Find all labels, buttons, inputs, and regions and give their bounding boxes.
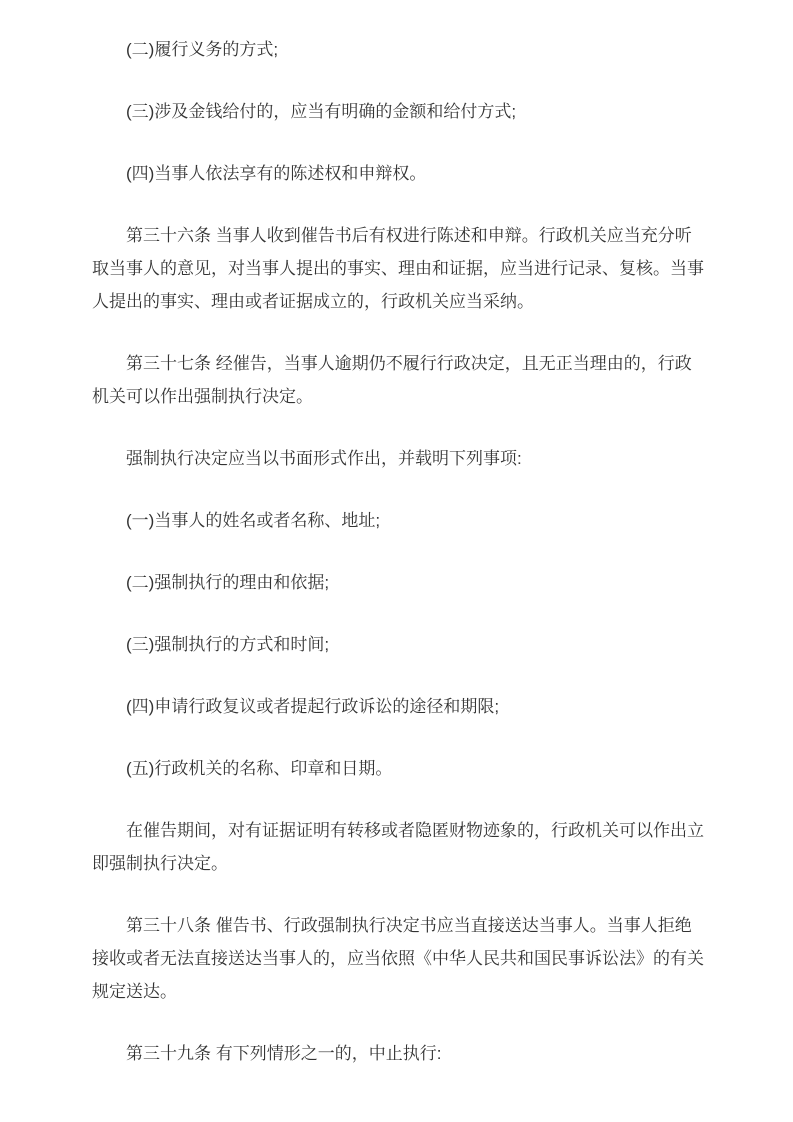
article-39-paragraph: 第三十九条 有下列情形之一的，中止执行: (92, 1037, 704, 1070)
article-37-closing-paragraph: 在催告期间，对有证据证明有转移或者隐匿财物迹象的，行政机关可以作出立即强制执行决… (92, 814, 704, 880)
article-36-paragraph: 第三十六条 当事人收到催告书后有权进行陈述和申辩。行政机关应当充分听取当事人的意… (92, 219, 704, 318)
document-body: (二)履行义务的方式; (三)涉及金钱给付的，应当有明确的金额和给付方式; (四… (92, 33, 704, 1070)
clause-item: (五)行政机关的名称、印章和日期。 (92, 752, 704, 785)
article-38-paragraph: 第三十八条 催告书、行政强制执行决定书应当直接送达当事人。当事人拒绝接收或者无法… (92, 909, 704, 1008)
document-page: (二)履行义务的方式; (三)涉及金钱给付的，应当有明确的金额和给付方式; (四… (0, 0, 793, 1122)
clause-item: (四)申请行政复议或者提起行政诉讼的途径和期限; (92, 690, 704, 723)
article-37-intro-paragraph: 强制执行决定应当以书面形式作出，并载明下列事项: (92, 442, 704, 475)
article-37-paragraph: 第三十七条 经催告，当事人逾期仍不履行行政决定，且无正当理由的，行政机关可以作出… (92, 347, 704, 413)
clause-item: (二)强制执行的理由和依据; (92, 566, 704, 599)
clause-item: (一)当事人的姓名或者名称、地址; (92, 504, 704, 537)
clause-item: (二)履行义务的方式; (92, 33, 704, 66)
clause-item: (三)强制执行的方式和时间; (92, 628, 704, 661)
clause-item: (四)当事人依法享有的陈述权和申辩权。 (92, 157, 704, 190)
clause-item: (三)涉及金钱给付的，应当有明确的金额和给付方式; (92, 95, 704, 128)
